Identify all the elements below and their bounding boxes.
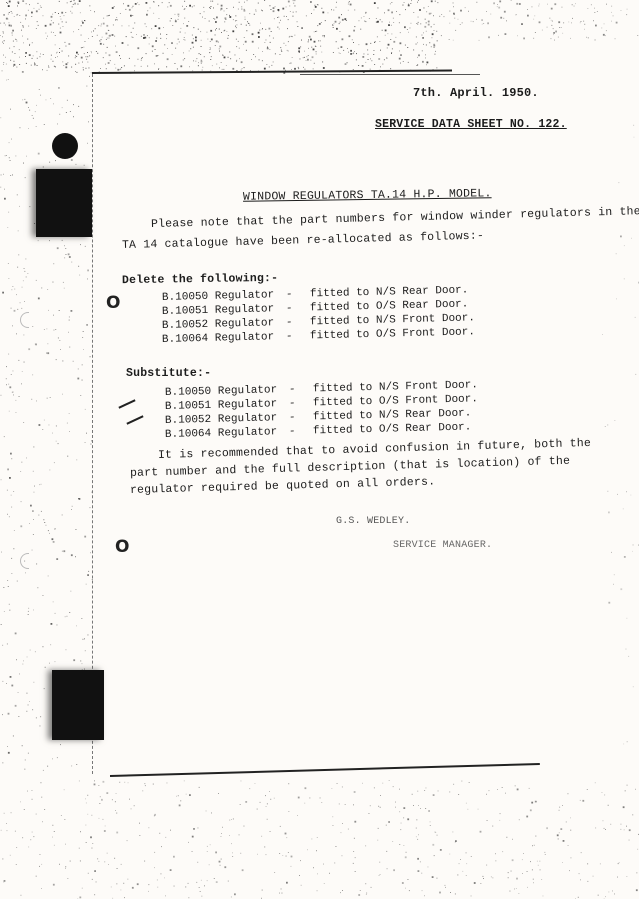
substitute-heading: Substitute:- [126, 367, 211, 380]
fitment: fitted to N/S Rear Door. [310, 285, 469, 301]
punch-hole-top [20, 312, 29, 328]
margin-circle-mark: O [106, 293, 120, 313]
delete-heading: Delete the following:- [122, 272, 278, 287]
part-number: B.10050 Regulator [165, 384, 289, 399]
separator: - [289, 411, 313, 424]
page-top-edge-shadow [300, 74, 480, 75]
sheet-heading: SERVICE DATA SHEET NO. 122. [375, 118, 567, 131]
page-left-edge [92, 74, 93, 774]
separator: - [286, 302, 310, 315]
part-number: B.10051 Regulator [165, 398, 289, 413]
separator: - [286, 330, 310, 343]
document-title: WINDOW REGULATORS TA.14 H.P. MODEL. [243, 187, 492, 203]
fitment: fitted to O/S Front Door. [310, 326, 475, 342]
margin-circle-mark-lower: O [115, 537, 129, 557]
margin-tick-mark [118, 399, 135, 408]
signatory-title: SERVICE MANAGER. [393, 540, 492, 551]
part-number: B.10051 Regulator [162, 303, 286, 318]
scan-black-block-bottom [52, 670, 104, 740]
fitment: fitted to O/S Rear Door. [310, 299, 469, 315]
fitment: fitted to O/S Rear Door. [313, 422, 472, 438]
page-bottom-edge [110, 763, 540, 777]
margin-tick-mark [126, 415, 143, 424]
separator: - [289, 383, 313, 396]
separator: - [286, 316, 310, 329]
intro-line-2: TA 14 catalogue have been re-allocated a… [122, 230, 484, 252]
separator: - [289, 397, 313, 410]
part-number: B.10050 Regulator [162, 289, 286, 304]
part-number: B.10064 Regulator [162, 331, 286, 346]
signatory-name: G.S. WEDLEY. [336, 516, 410, 527]
document-date: 7th. April. 1950. [413, 86, 539, 100]
separator: - [289, 425, 313, 438]
part-number: B.10052 Regulator [165, 412, 289, 427]
fitment: fitted to N/S Rear Door. [313, 408, 472, 424]
punch-hole-bottom [20, 553, 29, 569]
binder-hole-mark [52, 133, 78, 159]
intro-line-1: Please note that the part numbers for wi… [151, 205, 639, 231]
separator: - [286, 288, 310, 301]
part-number: B.10064 Regulator [165, 426, 289, 441]
part-number: B.10052 Regulator [162, 317, 286, 332]
scan-black-block-top [36, 169, 92, 237]
